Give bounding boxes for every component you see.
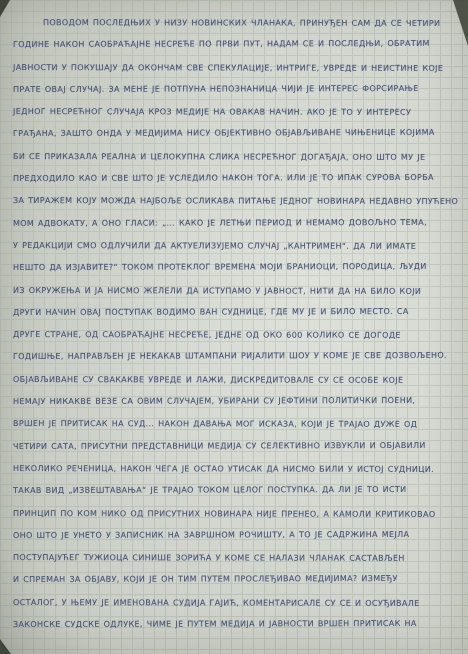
handwritten-line: друге стране, од саобраћајне несреће, је… [13,324,460,347]
handwritten-text: Поводом последњих у низу новинских члана… [13,12,460,636]
handwritten-line: из окружења и ја нисмо желели да иступам… [13,280,460,303]
handwritten-line: Поводом последњих у низу новинских члана… [13,12,460,35]
handwritten-line: би се приказала реална и целокупна слика… [13,146,460,169]
photo-corner-shadow-top-left [0,0,10,17]
handwritten-line: у редакцији смо одлучили да актуелизујем… [13,235,460,258]
handwritten-line: Објављиване су свакакве увреде и лажи, д… [13,369,460,392]
handwritten-line: за тиражем коју можда најбоље осликава п… [13,190,460,213]
handwritten-line: Такав вид „извештавања“ је трајао током … [13,479,460,502]
handwritten-line: законске судске одлуке, чиме је путем ме… [13,613,460,636]
handwritten-line: вршен је притисак на суд... Након давања… [13,413,460,436]
handwritten-line: мом адвокату, а оно гласи: „... како је … [13,212,460,235]
handwritten-line: годишње, направљен је некакав штампани р… [13,345,460,368]
handwritten-line: поступајућег тужиоца Синише Зорића у ком… [13,547,460,570]
handwritten-line: осталог, у њему је именована судија Гаји… [13,592,460,615]
handwritten-line: нешто да изјавите?“ Током протеклог врем… [13,256,460,279]
photo-corner-shadow-bottom-left [0,639,11,654]
handwritten-line: прате овај случај. За мене је потпуна не… [13,78,460,101]
handwritten-line: четири сата, присутни представници медиј… [13,434,460,457]
handwritten-line: године након саобраћајне несреће по први… [13,33,460,56]
handwritten-line: други начин овај поступак водимо ван суд… [13,301,460,324]
handwritten-line: и спреман за објаву, који је он тим путе… [13,568,460,591]
handwritten-line: немају никакве везе са овим случајем, уб… [13,390,460,413]
handwritten-line: неколико реченица, након чега је остао у… [13,458,460,481]
handwritten-line: грађана, зашто онда у медијима нису обје… [13,122,460,145]
handwritten-line: оно што је унето у записник на завршном … [13,524,460,547]
letter-photo: Поводом последњих у низу новинских члана… [0,0,468,654]
handwritten-line: принцип по ком нико од присутних новинар… [13,503,460,526]
handwritten-line: јавности у покушају да окончам све спеку… [13,57,460,80]
handwritten-line: једног несрећног случаја кроз медије на … [13,101,460,124]
handwritten-line: предходило као и све што је уследило нак… [13,167,460,190]
